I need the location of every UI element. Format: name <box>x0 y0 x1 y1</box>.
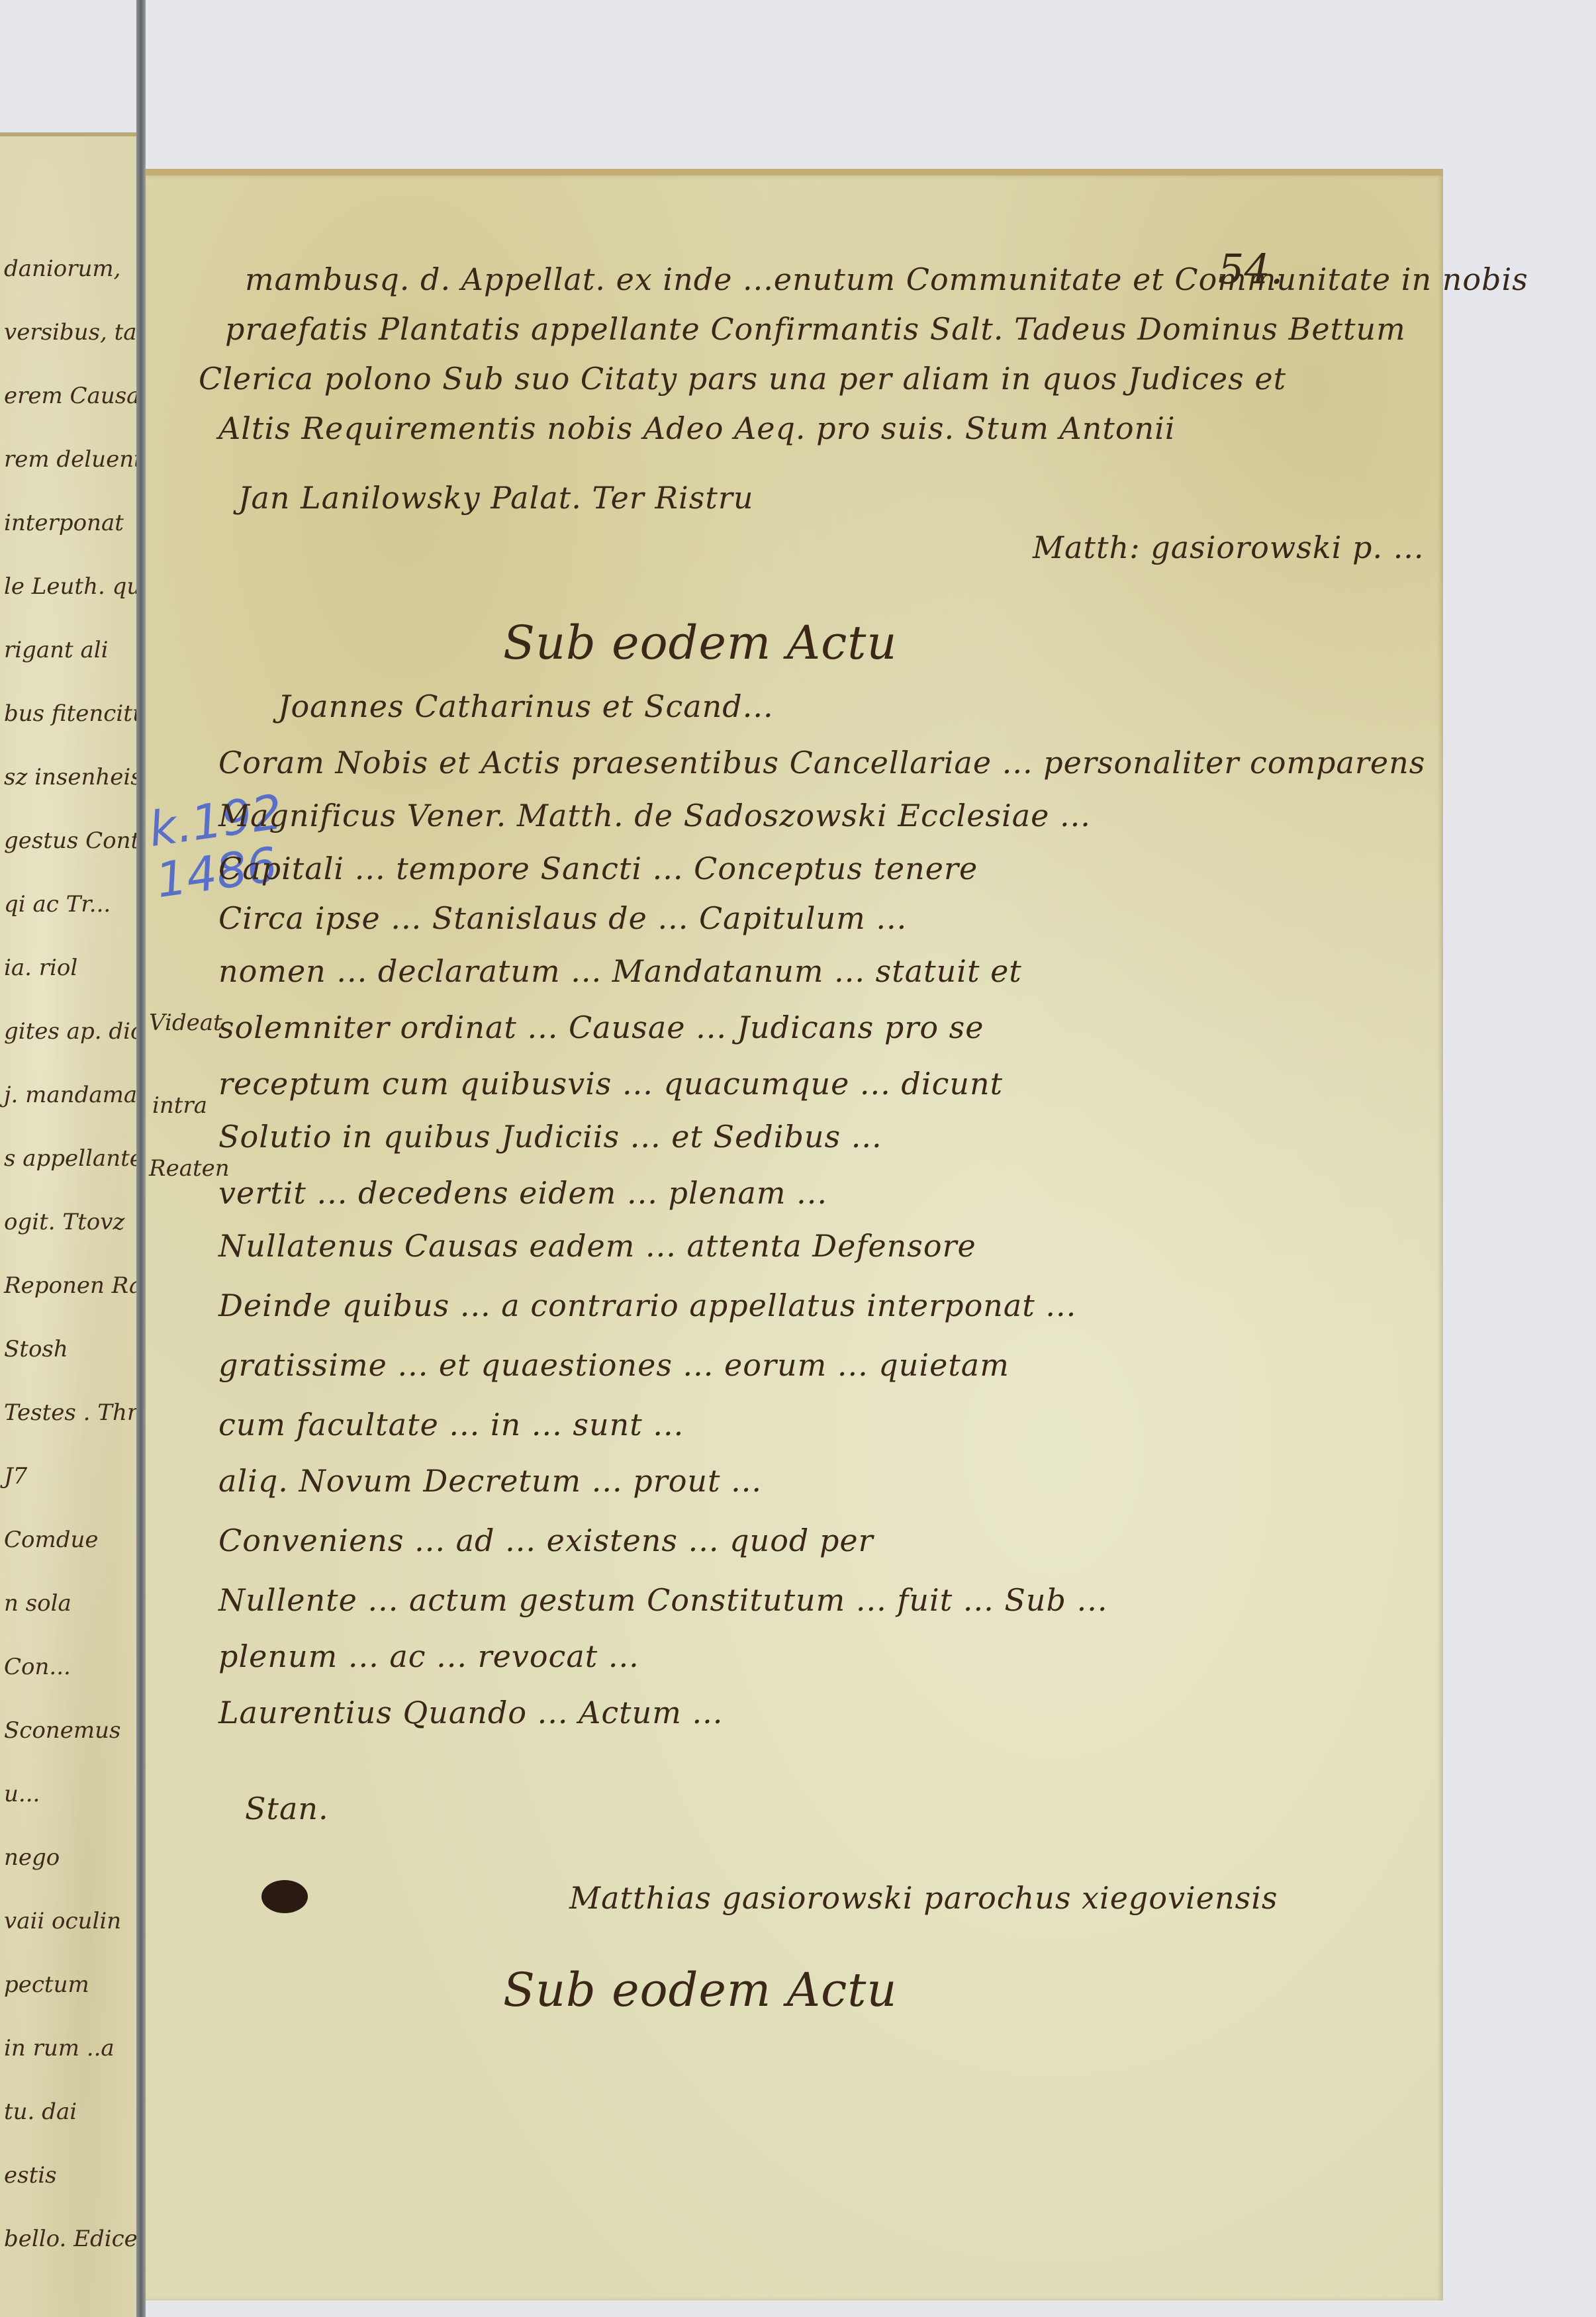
left-page: daniorum,versibus, tan-erem Causaerem de… <box>0 132 139 2317</box>
manuscript-line: solemniter ordinat ... Causae ... Judica… <box>218 1010 984 1045</box>
manuscript-line: praefatis Plantatis appellante Confirman… <box>225 311 1406 347</box>
left-page-fragment: gestus Cont. <box>4 827 147 854</box>
manuscript-line: Clerica polono Sub suo Citaty pars una p… <box>199 361 1286 397</box>
manuscript-line: Magnificus Vener. Matth. de Sadoszowski … <box>218 798 1091 833</box>
left-page-fragment: n sola <box>4 1590 71 1617</box>
manuscript-line: cum facultate ... in ... sunt ... <box>218 1407 684 1442</box>
manuscript-line: Deinde quibus ... a contrario appellatus… <box>218 1288 1076 1323</box>
left-page-fragment: u... <box>4 1781 40 1807</box>
left-page-fragment: rem deluent <box>4 446 143 473</box>
left-page-fragment: bus fitencitu <box>4 700 147 727</box>
manuscript-line: Sub eodem Actu <box>503 1963 898 2017</box>
left-page-fragment: ia. riol <box>4 955 77 981</box>
left-page-fragment: estis <box>4 2162 57 2189</box>
manuscript-line: receptum cum quibusvis ... quacumque ...… <box>218 1066 1003 1102</box>
left-page-fragment: pectum <box>4 1971 89 1998</box>
left-page-fragment: erem Causae <box>4 383 154 409</box>
left-page-fragment: ogit. Ttovz <box>4 1209 124 1235</box>
left-page-fragment: in rum ..a <box>4 2035 115 2061</box>
left-page-fragment: Con... <box>4 1654 71 1680</box>
left-page-fragment: tu. dai <box>4 2099 77 2125</box>
left-page-fragment: Stosh <box>4 1336 68 1362</box>
manuscript-line: aliq. Novum Decretum ... prout ... <box>218 1463 762 1499</box>
left-page-fragment: J7 <box>4 1463 27 1489</box>
left-page-fragment: vaii oculin <box>4 1908 121 1934</box>
left-page-fragment: qi ac Tr... <box>4 891 111 918</box>
margin-note: Reaten <box>149 1155 230 1182</box>
manuscript-line: mambusq. d. Appellat. ex inde ...enutum … <box>245 261 1528 297</box>
left-page-fragment: Testes . Thra <box>4 1399 151 1426</box>
manuscript-line: Joannes Catharinus et Scand... <box>278 688 774 724</box>
manuscript-line: Jan Lanilowsky Palat. Ter Ristru <box>238 480 753 516</box>
manuscript-line: Circa ipse ... Stanislaus de ... Capitul… <box>218 900 907 936</box>
manuscript-line: gratissime ... et quaestiones ... eorum … <box>218 1347 1009 1383</box>
left-page-fragment: le Leuth. qui <box>4 573 148 600</box>
manuscript-line: plenum ... ac ... revocat ... <box>218 1638 639 1674</box>
left-page-fragment: j. mandaman <box>4 1082 152 1108</box>
left-page-fragment: interponat <box>4 510 124 536</box>
manuscript-line: Coram Nobis et Actis praesentibus Cancel… <box>218 745 1425 780</box>
left-page-fragment: nego <box>4 1844 60 1871</box>
left-page-fragment: gites ap. dict <box>4 1018 152 1045</box>
manuscript-line: nomen ... declaratum ... Mandatanum ... … <box>218 953 1022 989</box>
margin-note: Videat <box>149 1010 222 1036</box>
manuscript-line: Nullatenus Causas eadem ... attenta Defe… <box>218 1228 976 1264</box>
left-page-fragment: versibus, tan- <box>4 319 159 346</box>
left-page-fragment: sz insenheis <box>4 764 142 790</box>
manuscript-line: Capitali ... tempore Sancti ... Conceptu… <box>218 851 978 886</box>
manuscript-line: Matth: gasiorowski p. ... <box>1033 530 1425 565</box>
manuscript-line: vertit ... decedens eidem ... plenam ... <box>218 1175 827 1211</box>
manuscript-line: Conveniens ... ad ... existens ... quod … <box>218 1523 874 1558</box>
ink-blot <box>261 1880 308 1913</box>
manuscript-line: Nullente ... actum gestum Constitutum ..… <box>218 1582 1107 1618</box>
manuscript-line: Laurentius Quando ... Actum ... <box>218 1695 723 1730</box>
left-page-fragment: daniorum, <box>4 256 120 282</box>
manuscript-line: Solutio in quibus Judiciis ... et Sedibu… <box>218 1119 882 1155</box>
manuscript-line: Stan. <box>245 1791 329 1826</box>
left-page-fragment: Sconemus <box>4 1717 120 1744</box>
manuscript-line: Matthias gasiorowski parochus xiegoviens… <box>569 1880 1278 1916</box>
left-page-fragment: rigant ali <box>4 637 109 663</box>
margin-note: intra <box>152 1092 207 1119</box>
manuscript-line: Sub eodem Actu <box>503 616 898 670</box>
scanner-glass-edge <box>136 0 146 2317</box>
manuscript-line: Altis Requirementis nobis Adeo Aeq. pro … <box>218 410 1176 446</box>
left-page-fragment: Comdue <box>4 1527 99 1553</box>
